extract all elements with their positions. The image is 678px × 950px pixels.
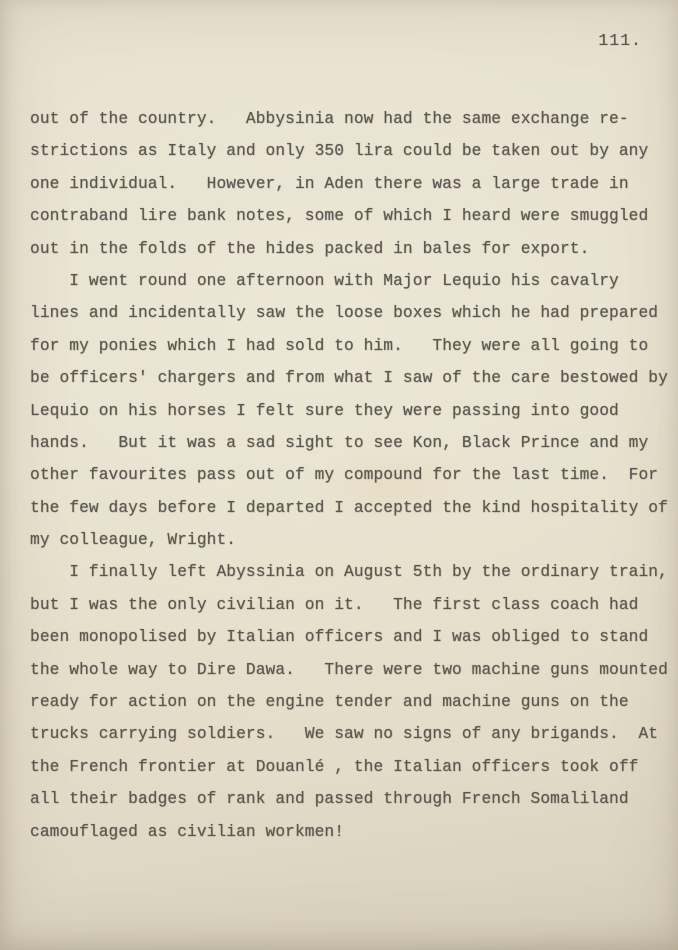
- text-line: the French frontier at Douanlé , the Ita…: [30, 751, 670, 783]
- text-line: I went round one afternoon with Major Le…: [30, 265, 670, 297]
- page-number: 111.: [598, 31, 642, 50]
- text-line: Lequio on his horses I felt sure they we…: [30, 395, 670, 427]
- text-line: contraband lire bank notes, some of whic…: [30, 200, 670, 232]
- text-line: for my ponies which I had sold to him. T…: [30, 330, 670, 362]
- text-line: ready for action on the engine tender an…: [30, 686, 670, 718]
- text-line: camouflaged as civilian workmen!: [30, 816, 670, 848]
- text-line: the whole way to Dire Dawa. There were t…: [30, 654, 670, 686]
- text-line: other favourites pass out of my compound…: [30, 459, 670, 491]
- text-line: all their badges of rank and passed thro…: [30, 783, 670, 815]
- text-line: but I was the only civilian on it. The f…: [30, 589, 670, 621]
- text-line: lines and incidentally saw the loose box…: [30, 297, 670, 329]
- text-line: strictions as Italy and only 350 lira co…: [30, 135, 670, 167]
- text-line: been monopolised by Italian officers and…: [30, 621, 670, 653]
- text-line: be officers' chargers and from what I sa…: [30, 362, 670, 394]
- scanned-document-page: 111. out of the country. Abbysinia now h…: [0, 0, 678, 950]
- text-line: the few days before I departed I accepte…: [30, 492, 670, 524]
- text-line: I finally left Abyssinia on August 5th b…: [30, 556, 670, 588]
- text-line: trucks carrying soldiers. We saw no sign…: [30, 718, 670, 750]
- text-line: out of the country. Abbysinia now had th…: [30, 103, 670, 135]
- text-line: my colleague, Wright.: [30, 524, 670, 556]
- typewritten-text-block: out of the country. Abbysinia now had th…: [30, 103, 670, 848]
- text-line: one individual. However, in Aden there w…: [30, 168, 670, 200]
- text-line: out in the folds of the hides packed in …: [30, 233, 670, 265]
- text-line: hands. But it was a sad sight to see Kon…: [30, 427, 670, 459]
